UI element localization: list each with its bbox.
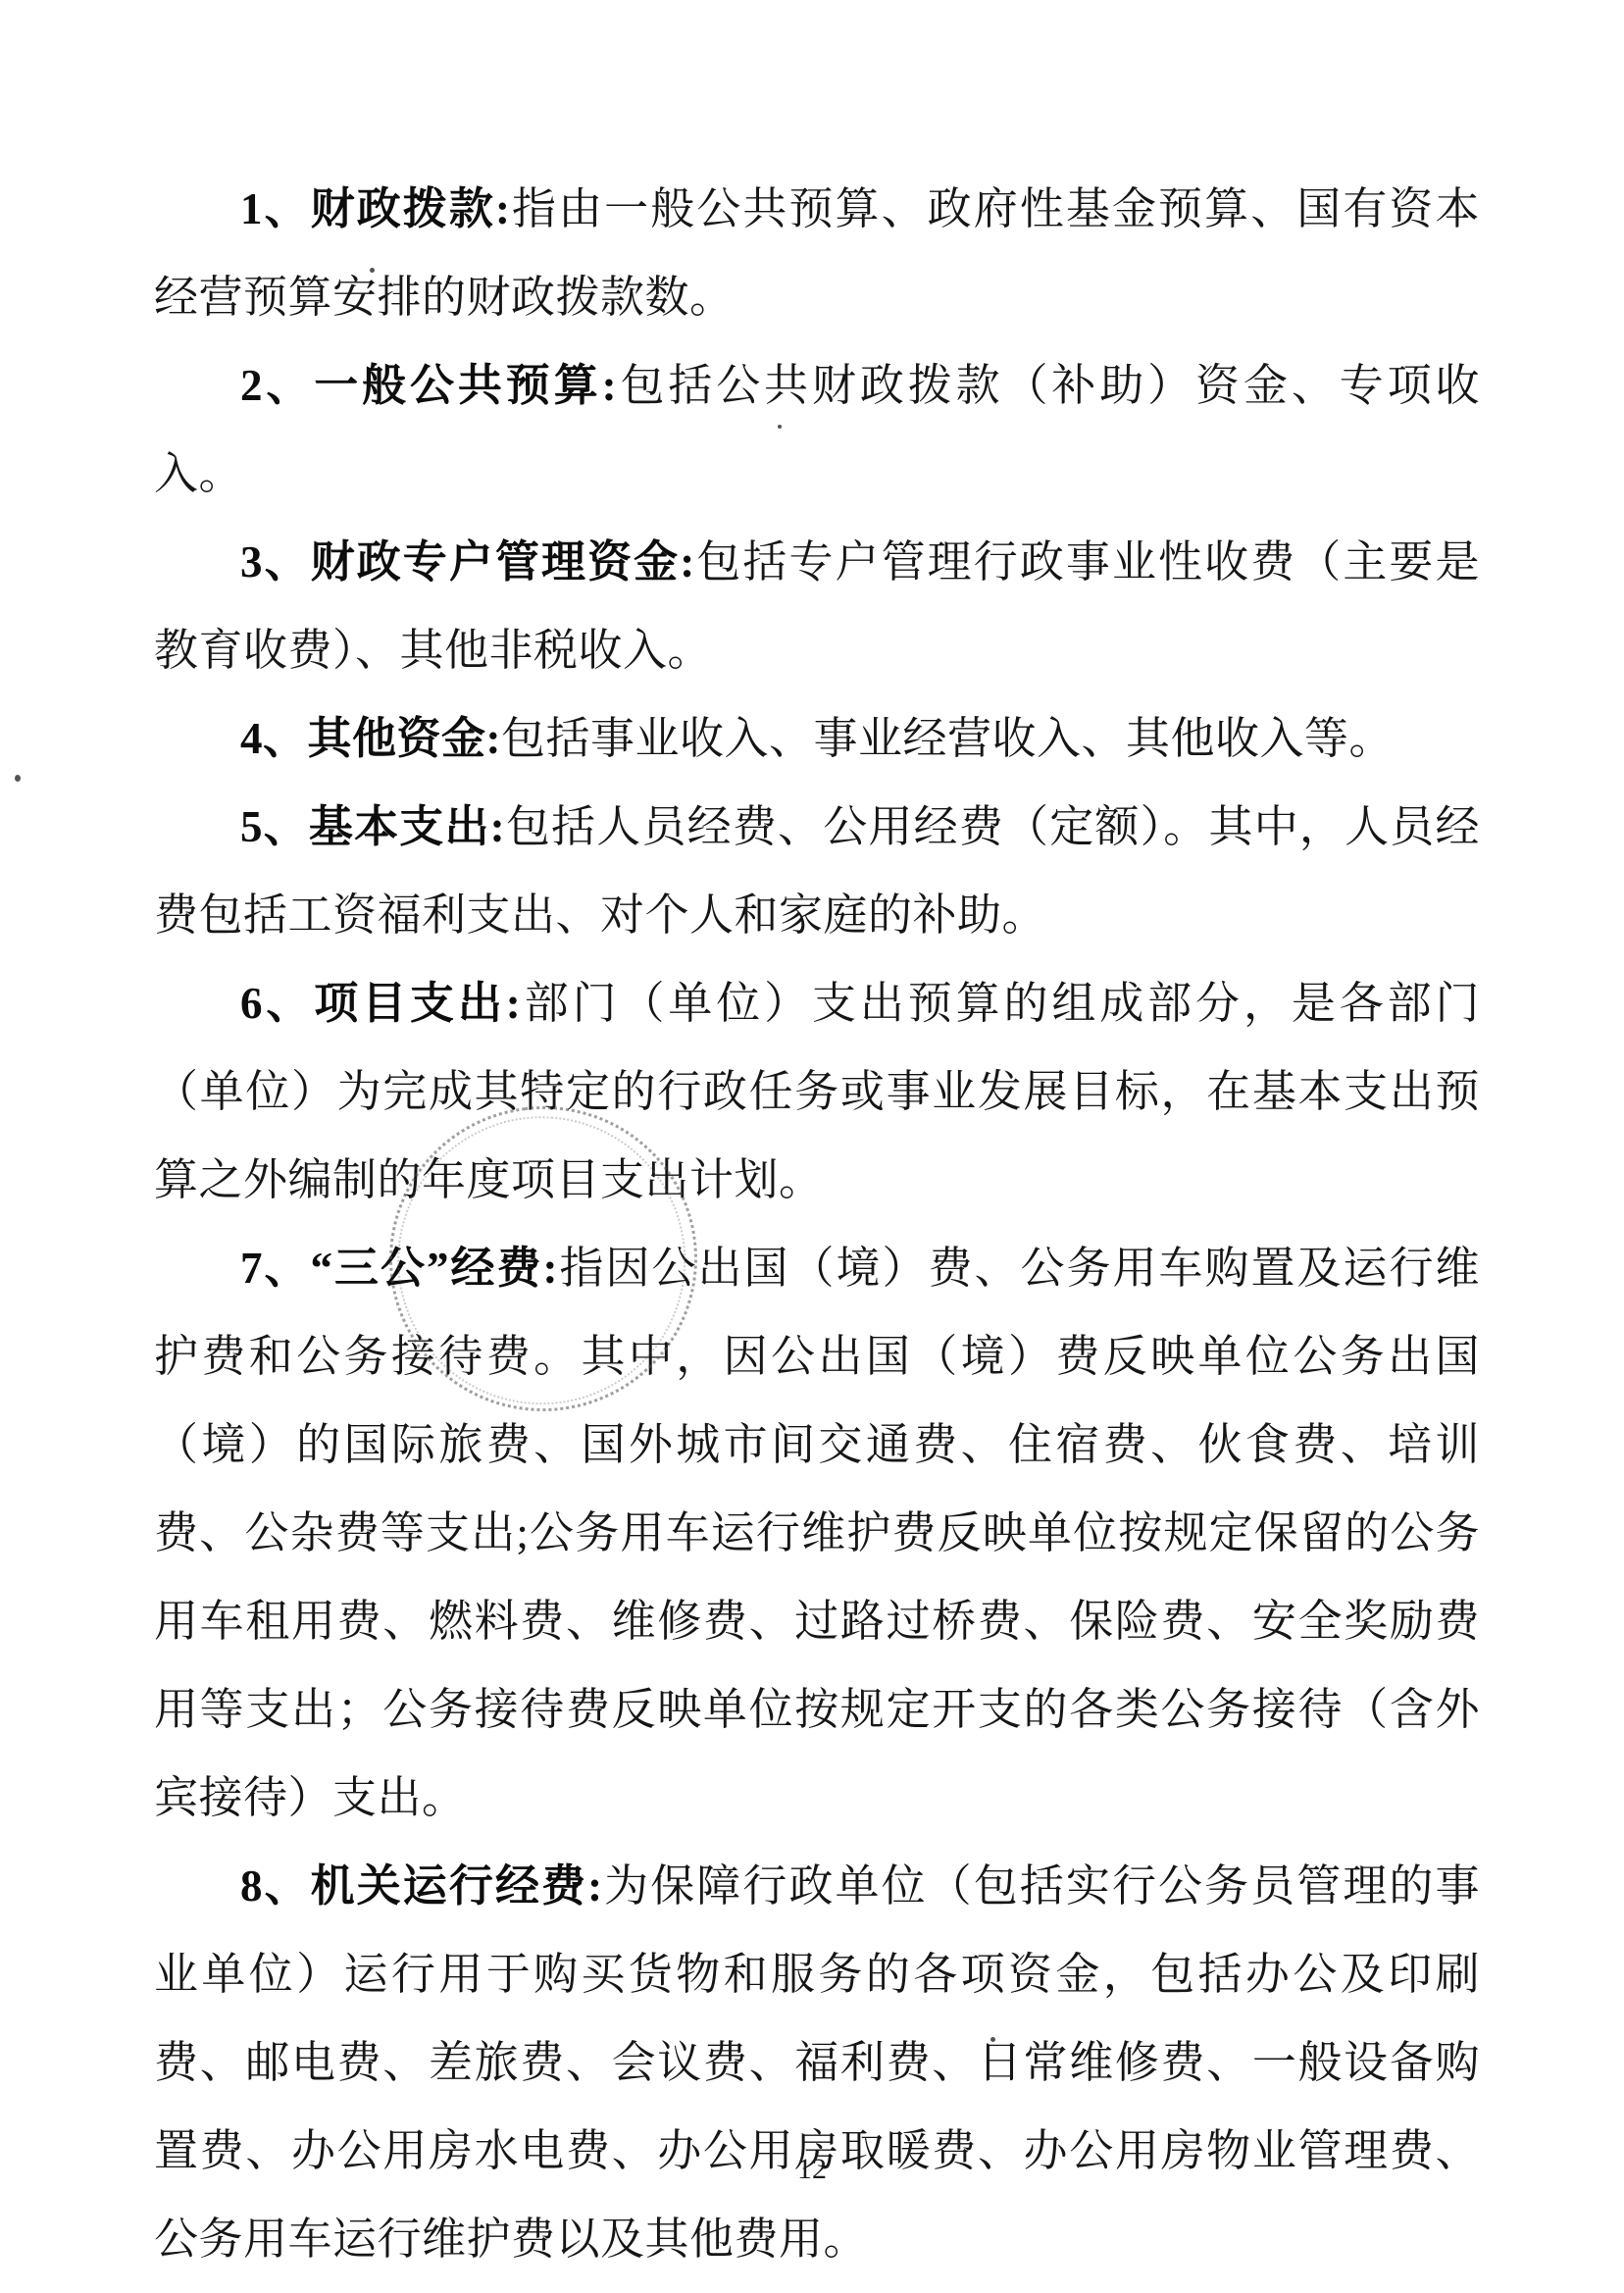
- definition-paragraph-1: 1、财政拨款:指由一般公共预算、政府性基金预算、国有资本经营预算安排的财政拨款数…: [154, 165, 1480, 341]
- term-label-1: 1、财政拨款:: [240, 184, 510, 233]
- term-definition-4: 包括事业收入、事业经营收入、其他收入等。: [501, 714, 1394, 763]
- term-definition-8: 为保障行政单位（包括实行公务员管理的事业单位）运行用于购买货物和服务的各项资金，…: [154, 1861, 1480, 2264]
- document-body: 1、财政拨款:指由一般公共预算、政府性基金预算、国有资本经营预算安排的财政拨款数…: [154, 165, 1480, 2283]
- term-label-4: 4、其他资金:: [240, 714, 501, 763]
- definition-paragraph-2: 2、一般公共预算:包括公共财政拨款（补助）资金、专项收入。: [154, 341, 1480, 518]
- definition-paragraph-7: 7、“三公”经费:指因公出国（境）费、公务用车购置及运行维护费和公务接待费。其中…: [154, 1224, 1480, 1842]
- definition-paragraph-3: 3、财政专户管理资金:包括专户管理行政事业性收费（主要是教育收费）、其他非税收入…: [154, 518, 1480, 694]
- term-label-3: 3、财政专户管理资金:: [240, 537, 695, 586]
- scan-speck: [15, 775, 21, 782]
- term-label-2: 2、一般公共预算:: [240, 361, 617, 410]
- term-label-6: 6、项目支出:: [240, 979, 521, 1028]
- scanned-document-page: 1、财政拨款:指由一般公共预算、政府性基金预算、国有资本经营预算安排的财政拨款数…: [0, 0, 1624, 2293]
- definition-paragraph-6: 6、项目支出:部门（单位）支出预算的组成部分，是各部门（单位）为完成其特定的行政…: [154, 959, 1480, 1224]
- term-label-8: 8、机关运行经费:: [240, 1861, 603, 1911]
- term-label-5: 5、基本支出:: [240, 802, 505, 851]
- definition-paragraph-8: 8、机关运行经费:为保障行政单位（包括实行公务员管理的事业单位）运行用于购买货物…: [154, 1842, 1480, 2283]
- definition-paragraph-5: 5、基本支出:包括人员经费、公用经费（定额）。其中，人员经费包括工资福利支出、对…: [154, 783, 1480, 959]
- definition-paragraph-4: 4、其他资金:包括事业收入、事业经营收入、其他收入等。: [154, 694, 1480, 783]
- term-label-7: 7、“三公”经费:: [240, 1244, 558, 1293]
- page-number: 12: [0, 2154, 1624, 2185]
- term-definition-7: 指因公出国（境）费、公务用车购置及运行维护费和公务接待费。其中，因公出国（境）费…: [154, 1244, 1480, 1822]
